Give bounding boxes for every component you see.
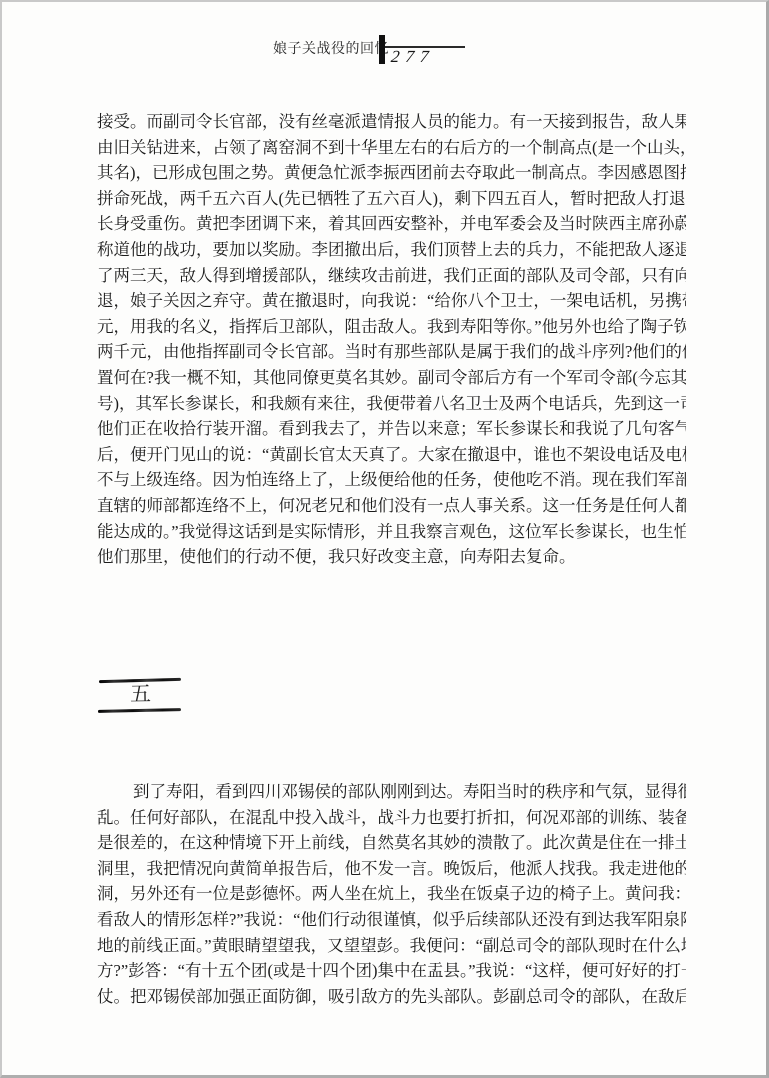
text-line: 其名)，已形成包围之势。黄便急忙派李振西团前去夺取此一制高点。李因感恩图报，	[97, 160, 686, 186]
body-paragraph-1: 接受。而副司令长官部，没有丝毫派遣情报人员的能力。有一天接到报告，敌人果然 由旧…	[97, 109, 686, 570]
text-line: 拼命死战，两千五六百人(先已牺牲了五六百人)，剩下四五百人，暂时把敌人打退，李团	[97, 186, 686, 212]
text-line: 到了寿阳，看到四川邓锡侯的部队刚刚到达。寿阳当时的秩序和气氛，显得很混	[97, 779, 686, 805]
text-line: 置何在?我一概不知，其他同僚更莫名其妙。副司令部后方有一个军司令部(今忘其番	[97, 365, 686, 391]
text-line: 两千元，由他指挥副司令长官部。当时有那些部队是属于我们的战斗序列?他们的位	[97, 339, 686, 365]
text-line: 称道他的战功，要加以奖励。李团撤出后，我们顶替上去的兵力，不能把敌人逐退。过	[97, 237, 686, 263]
text-line: 元，用我的名义，指挥后卫部队，阻击敌人。我到寿阳等你。”他另外也给了陶子钦先生	[97, 314, 686, 340]
text-line: 洞里，我把情况向黄简单报告后，他不发一言。晚饭后，他派人找我。我走进他的窑	[97, 856, 686, 882]
text-line: 后，便开门见山的说：“黄副长官太天真了。大家在撤退中，谁也不架设电话及电机，决	[97, 442, 686, 468]
header-divider-bar	[379, 35, 385, 64]
text-line: 了两三天，敌人得到增援部队，继续攻击前进，我们正面的部队及司令部，只有向后撤	[97, 263, 686, 289]
text-line: 洞，另外还有一位是彭德怀。两人坐在炕上，我坐在饭桌子边的椅子上。黄问我：“你	[97, 881, 686, 907]
text-line: 乱。任何好部队，在混乱中投入战斗，战斗力也要打折扣，何况邓部的训练、装备，本	[97, 805, 686, 831]
text-line: 退，娘子关因之弃守。黄在撤退时，向我说：“给你八个卫士，一架电话机，另携带两千	[97, 288, 686, 314]
text-line: 长身受重伤。黄把李团调下来，着其回西安整补，并电军委会及当时陕西主席孙蔚如，	[97, 211, 686, 237]
page-number: 277	[390, 47, 436, 67]
running-head: 娘子关战役的回忆 277	[2, 2, 766, 82]
chapter-title: 娘子关战役的回忆	[273, 38, 389, 58]
section-rule-bottom	[98, 708, 181, 713]
text-line: 他们那里，使他们的行动不便，我只好改变主意，向寿阳去复命。	[97, 544, 686, 570]
text-line: 直辖的师部都连络不上，何况老兄和他们没有一点人事关系。这一任务是任何人都不	[97, 493, 686, 519]
text-line: 方?”彭答：“有十五个团(或是十四个团)集中在盂县。”我说：“这样，便可好好的打…	[97, 958, 686, 984]
text-line: 能达成的。”我觉得这话到是实际情形，并且我察言观色，这位军长参谋长，也生怕我在	[97, 519, 686, 545]
text-line: 地的前线正面。”黄眼睛望望我，又望望彭。我便问：“副总司令的部队现时在什么地	[97, 933, 686, 959]
text-line: 仗。把邓锡侯部加强正面防御，吸引敌方的先头部队。彭副总司令的部队，在敌后续	[97, 984, 686, 1010]
text-line: 他们正在收拾行装开溜。看到我去了，并告以来意；军长参谋长和我说了几句客气话	[97, 416, 686, 442]
section-number: 五	[130, 683, 151, 705]
text-line: 看敌人的情形怎样?”我说：“他们行动很谨慎，似乎后续部队还没有到达我军阳泉阵	[97, 907, 686, 933]
text-line: 是很差的，在这种情境下开上前线，自然莫名其妙的溃散了。此次黄是住在一排土窑	[97, 830, 686, 856]
text-line: 接受。而副司令长官部，没有丝毫派遣情报人员的能力。有一天接到报告，敌人果然	[97, 109, 686, 135]
document-page: 娘子关战役的回忆 277 接受。而副司令长官部，没有丝毫派遣情报人员的能力。有一…	[0, 0, 769, 1078]
body-paragraph-2: 到了寿阳，看到四川邓锡侯的部队刚刚到达。寿阳当时的秩序和气氛，显得很混 乱。任何…	[97, 779, 686, 1009]
text-line: 由旧关钻进来，占领了离窑洞不到十华里左右的右后方的一个制高点(是一个山头，忘	[97, 135, 686, 161]
section-marker: 五	[96, 672, 191, 717]
text-line: 不与上级连络。因为怕连络上了，上级便给他的任务，使他吃不消。现在我们军部和	[97, 467, 686, 493]
text-line: 号)，其军长参谋长，和我颇有来往，我便带着八名卫士及两个电话兵，先到这一司令部，	[97, 391, 686, 417]
